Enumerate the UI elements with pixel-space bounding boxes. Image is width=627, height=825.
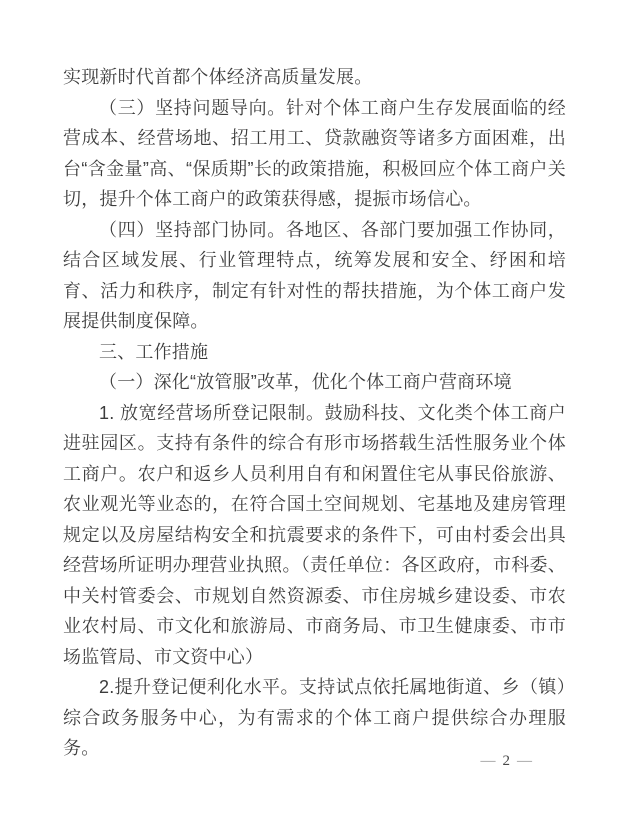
page-number-right-dash: — — [510, 753, 539, 769]
page-number: —2— — [474, 752, 540, 770]
document-page: 实现新时代首都个体经济高质量发展。 （三）坚持问题导向。针对个体工商户生存发展面… — [0, 0, 627, 825]
paragraph-measure-1: 1. 放宽经营场所登记限制。鼓励科技、文化类个体工商户进驻园区。支持有条件的综合… — [63, 398, 566, 673]
document-body: 实现新时代首都个体经济高质量发展。 （三）坚持问题导向。针对个体工商户生存发展面… — [63, 62, 566, 764]
paragraph-principle-3: （三）坚持问题导向。针对个体工商户生存发展面临的经营成本、经营场地、招工用工、贷… — [63, 93, 566, 215]
page-number-value: 2 — [503, 753, 511, 769]
section-heading-work-measures: 三、工作措施 — [63, 337, 566, 368]
paragraph-continuation: 实现新时代首都个体经济高质量发展。 — [63, 62, 566, 93]
page-number-left-dash: — — [474, 753, 503, 769]
subsection-heading-reform: （一）深化“放管服”改革，优化个体工商户营商环境 — [63, 367, 566, 398]
paragraph-measure-2: 2.提升登记便利化水平。支持试点依托属地街道、乡（镇）综合政务服务中心，为有需求… — [63, 672, 566, 764]
paragraph-principle-4: （四）坚持部门协同。各地区、各部门要加强工作协同，结合区域发展、行业管理特点，统… — [63, 215, 566, 337]
